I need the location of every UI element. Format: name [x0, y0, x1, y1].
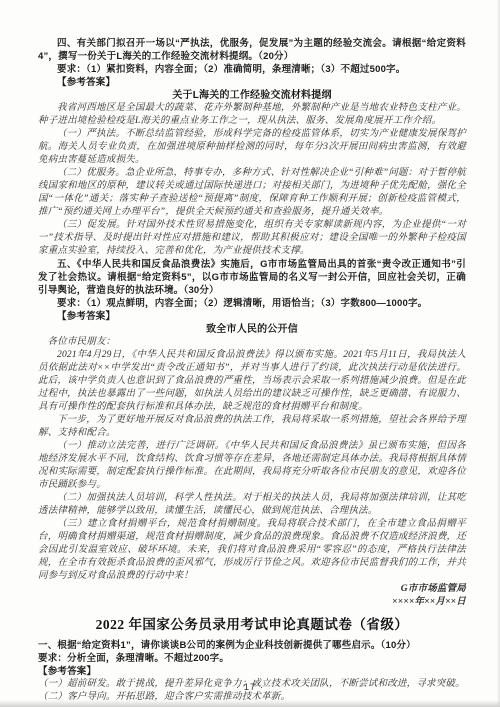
q4-answer-paragraph: 我省河西地区是全国最大的蔬菜、花卉外繁制种基地，外繁制种产业是当地农业特色支柱产… [38, 102, 466, 128]
question-4-text: 四、有关部门拟召开一场以“严执法，优服务，促发展”为主题的经验交流会。请根据“给… [38, 37, 466, 63]
q5-answer-paragraph: （三）建立食材捐赠平台，规范食材捐赠制度。我局将联合技术部门，在全市建立食品捐赠… [38, 518, 466, 583]
question-4-section: 四、有关部门拟召开一场以“严执法，优服务，促发展”为主题的经验交流会。请根据“给… [38, 37, 466, 258]
open-letter-salutation: 各位市民朋友： [38, 336, 466, 349]
q5-answer-paragraph: 下一步，为了更好地开展反对食品浪费的执法工作，我局将采取一系列措施，望社会各界给… [38, 414, 466, 440]
question-4-answer-title: 关于L海关的工作经验交流材料提纲 [38, 89, 466, 102]
page-number: · 17 · [0, 682, 500, 693]
paper-2022-title: 2022 年国家公务员录用考试申论真题试卷（省级） [38, 616, 466, 634]
open-letter-signature-date: ××××年××月××日 [38, 596, 466, 609]
paper-2022-requirements: 要求：分析全面，条理清晰。不超过200字。 [38, 652, 466, 665]
q4-answer-paragraph: （一）严执法。不断总结监管经验，形成科学完备的检疫监管体系，切实为产业健康发展保… [38, 128, 466, 167]
paper-2022-question-1: 一、根据“给定资料1”，请你谈谈B公司的案例为企业科技创新提供了哪些启示。（10… [38, 639, 466, 652]
paper-2022-answer-label: 【参考答案】 [38, 665, 466, 678]
question-5-section: 五、《中华人民共和国反食品浪费法》实施后，G市市场监管局出具的首张“责令改正通知… [38, 258, 466, 609]
q5-answer-paragraph: 2021年4月29日，《中华人民共和国反食品浪费法》得以颁布实施。2021年5月… [38, 349, 466, 414]
question-5-answer-label: 【参考答案】 [38, 310, 466, 323]
exam-book-page: 四、有关部门拟召开一场以“严执法，优服务，促发展”为主题的经验交流会。请根据“给… [0, 0, 500, 707]
open-letter-signature-org: G市市场监管局 [38, 583, 466, 596]
question-5-answer-title: 致全市人民的公开信 [38, 323, 466, 336]
q4-answer-paragraph: （二）优服务。急企业所急，特事专办，多种方式、针对性解决企业“引种难”问题：对于… [38, 167, 466, 219]
q5-answer-paragraph: （二）加强执法人员培训，科学人性执法。对于相关的执法人员，我局将加强法律培训，让… [38, 492, 466, 518]
question-4-requirements: 要求：（1）紧扣资料，内容全面；（2）准确简明，条理清晰；（3）不超过500字。 [38, 63, 466, 76]
page-content: 四、有关部门拟召开一场以“严执法，优服务，促发展”为主题的经验交流会。请根据“给… [38, 37, 466, 704]
question-5-text: 五、《中华人民共和国反食品浪费法》实施后，G市市场监管局出具的首张“责令改正通知… [38, 258, 466, 297]
question-5-requirements: 要求：（1）观点鲜明，内容全面；（2）逻辑清晰，用语恰当；（3）字数800—10… [38, 297, 466, 310]
scan-edge-bottom [0, 700, 500, 707]
q4-answer-paragraph: （三）促发展。针对国外技术性贸易措施变化，组织有关专家解读新规内容，为企业提供“… [38, 219, 466, 258]
question-4-answer-label: 【参考答案】 [38, 76, 466, 89]
q5-answer-paragraph: （一）推动立法完善，进行广泛调研。《中华人民共和国反食品浪费法》虽已颁布实施，但… [38, 440, 466, 492]
